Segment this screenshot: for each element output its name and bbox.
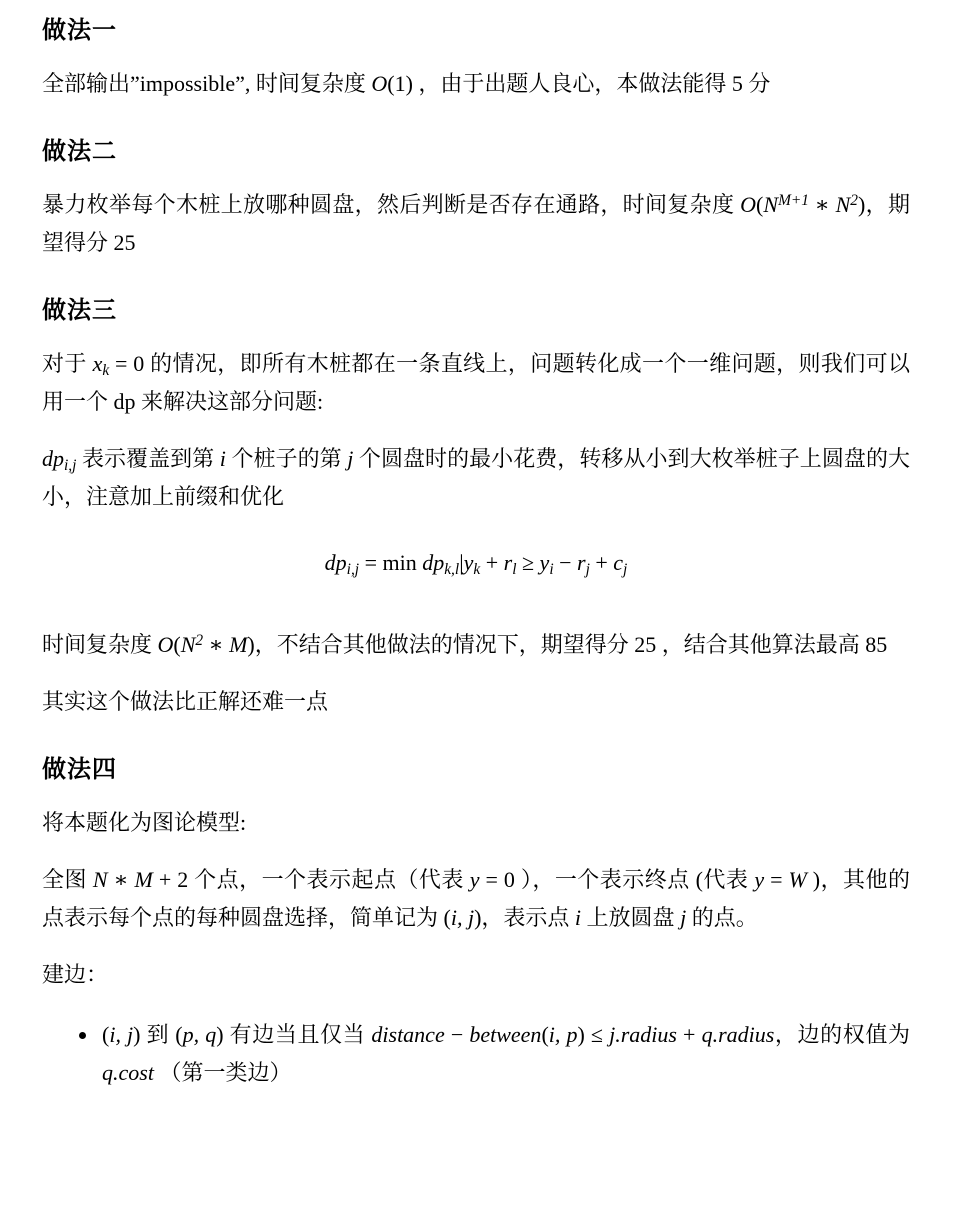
section-heading: 做法三 — [42, 296, 910, 326]
math-formula: dpi,j = min dpk,l|yk + rl ≥ yi − rj + cj — [42, 544, 910, 582]
math-italic-run: j.radius — [609, 1022, 677, 1047]
paragraph: 对于 xk = 0 的情况，即所有木桩都在一条直线上，问题转化成一个一维问题，则… — [42, 345, 910, 421]
math-italic-run: y — [464, 550, 474, 575]
document-content: 做法一全部输出”impossible”, 时间复杂度 O(1) ，由于出题人良心… — [42, 16, 910, 1092]
subscript-run: i,j — [64, 457, 76, 474]
text-run: 暴力枚举每个木桩上放哪种圆盘，然后判断是否存在通路，时间复杂度 — [42, 192, 740, 217]
text-run: 建边： — [42, 962, 108, 987]
math-roman-run: ) — [247, 632, 254, 657]
math-italic-run: dp — [42, 446, 64, 471]
math-italic-run: dp — [325, 550, 347, 575]
math-roman-run: = 0 — [480, 867, 515, 892]
math-roman-run: = — [764, 867, 788, 892]
math-roman-run: − — [554, 550, 577, 575]
math-italic-run: p, q — [183, 1022, 217, 1047]
text-run: 有边当且仅当 — [224, 1022, 372, 1047]
math-roman-run: + — [677, 1022, 702, 1047]
math-roman-run: + — [590, 550, 613, 575]
math-italic-run: i, j — [109, 1022, 133, 1047]
math-roman-run: (1) — [387, 71, 413, 96]
text-run: 的情况，即所有木桩都在一条直线上，问题转化成一个一维问题，则我们可以用一个 dp… — [42, 351, 910, 414]
paragraph: 全图 N ∗ M + 2 个点，一个表示起点（代表 y = 0 ），一个表示终点… — [42, 861, 910, 937]
solution-section: 做法三对于 xk = 0 的情况，即所有木桩都在一条直线上，问题转化成一个一维问… — [42, 296, 910, 721]
list-item: (i, j) 到 (p, q) 有边当且仅当 distance − betwee… — [99, 1016, 910, 1092]
paragraph: 将本题化为图论模型: — [42, 804, 910, 842]
paragraph: 暴力枚举每个木桩上放哪种圆盘，然后判断是否存在通路，时间复杂度 O(NM+1 ∗… — [42, 186, 910, 262]
text-run: ，由于出题人良心，本做法能得 5 分 — [413, 71, 771, 96]
math-roman-run: − — [445, 1022, 470, 1047]
text-run: 对于 — [42, 351, 93, 376]
solution-section: 做法一全部输出”impossible”, 时间复杂度 O(1) ，由于出题人良心… — [42, 16, 910, 103]
section-heading: 做法二 — [42, 137, 910, 167]
math-italic-run: i, p — [549, 1022, 578, 1047]
math-roman-run: = min — [359, 550, 422, 575]
subscript-run: k,l — [444, 561, 459, 578]
math-italic-run: W — [788, 867, 806, 892]
math-italic-run: dp — [422, 550, 444, 575]
math-italic-run: N — [93, 867, 108, 892]
paragraph: 建边： — [42, 956, 910, 994]
text-run: 时间复杂度 — [42, 632, 158, 657]
math-italic-run: c — [613, 550, 623, 575]
math-italic-run: x — [93, 351, 103, 376]
math-italic-run: y — [754, 867, 764, 892]
text-run: 个点，一个表示起点（代表 — [188, 867, 470, 892]
math-italic-run: q.cost — [102, 1060, 154, 1085]
text-run: 将本题化为图论模型: — [42, 810, 246, 835]
paragraph: 时间复杂度 O(N2 ∗ M)，不结合其他做法的情况下，期望得分 25 ，结合其… — [42, 626, 910, 664]
math-italic-run: q.radius — [702, 1022, 775, 1047]
text-run: 到 — [140, 1022, 175, 1047]
math-roman-run: ∗ — [809, 192, 836, 217]
paragraph: dpi,j 表示覆盖到第 i 个桩子的第 j 个圆盘时的最小花费，转移从小到大枚… — [42, 440, 910, 516]
section-heading: 做法一 — [42, 16, 910, 46]
math-italic-run: O — [371, 71, 387, 96]
math-roman-run: ) ≤ — [577, 1022, 609, 1047]
document-page: 做法一全部输出”impossible”, 时间复杂度 O(1) ，由于出题人良心… — [0, 0, 958, 1229]
math-roman-run: + 2 — [153, 867, 188, 892]
math-italic-run: y — [540, 550, 550, 575]
math-italic-run: N — [836, 192, 851, 217]
math-italic-run: N — [763, 192, 778, 217]
text-run: 全部输出”impossible”, 时间复杂度 — [42, 71, 371, 96]
text-run: 上放圆盘 — [581, 905, 680, 930]
solution-section: 做法二暴力枚举每个木桩上放哪种圆盘，然后判断是否存在通路，时间复杂度 O(NM+… — [42, 137, 910, 262]
math-roman-run: ( — [541, 1022, 548, 1047]
math-roman-run: ∗ — [203, 632, 229, 657]
math-italic-run: M — [229, 632, 247, 657]
text-run: ），一个表示终点 (代表 — [515, 867, 754, 892]
text-run: 的点。 — [686, 905, 758, 930]
math-roman-run: = 0 — [109, 351, 144, 376]
text-run: ，不结合其他做法的情况下，期望得分 25 ，结合其他算法最高 85 — [255, 632, 888, 657]
math-italic-run: r — [504, 550, 513, 575]
math-roman-run: ∗ — [108, 867, 135, 892]
text-run: ，表示点 — [481, 905, 575, 930]
paragraph: 其实这个做法比正解还难一点 — [42, 683, 910, 721]
text-run: 个桩子的第 — [226, 446, 347, 471]
superscript-run: 2 — [850, 192, 858, 209]
bullet-list: (i, j) 到 (p, q) 有边当且仅当 distance − betwee… — [42, 1016, 910, 1092]
superscript-run: M+1 — [778, 192, 809, 209]
math-italic-run: i, j — [451, 905, 474, 930]
text-run: 全图 — [42, 867, 93, 892]
superscript-run: 2 — [195, 632, 203, 649]
math-italic-run: M — [135, 867, 153, 892]
subscript-run: i,j — [347, 561, 359, 578]
text-run: （第一类边） — [154, 1060, 292, 1085]
math-roman-run: ) — [216, 1022, 223, 1047]
math-italic-run: between — [469, 1022, 541, 1047]
math-italic-run: r — [577, 550, 586, 575]
math-roman-run: ( — [175, 1022, 182, 1047]
math-italic-run: O — [158, 632, 174, 657]
math-roman-run: + — [480, 550, 503, 575]
math-italic-run: N — [181, 632, 196, 657]
math-italic-run: y — [470, 867, 480, 892]
text-run: ，边的权值为 — [774, 1022, 910, 1047]
math-roman-run: ( — [173, 632, 180, 657]
paragraph: 全部输出”impossible”, 时间复杂度 O(1) ，由于出题人良心，本做… — [42, 65, 910, 103]
math-roman-run: ( — [444, 905, 451, 930]
math-italic-run: distance — [371, 1022, 444, 1047]
text-run: 表示覆盖到第 — [76, 446, 219, 471]
math-roman-run: ≥ — [516, 550, 539, 575]
math-italic-run: O — [740, 192, 756, 217]
subscript-run: j — [623, 561, 627, 578]
text-run: 其实这个做法比正解还难一点 — [42, 689, 328, 714]
section-heading: 做法四 — [42, 755, 910, 785]
solution-section: 做法四将本题化为图论模型:全图 N ∗ M + 2 个点，一个表示起点（代表 y… — [42, 755, 910, 1092]
